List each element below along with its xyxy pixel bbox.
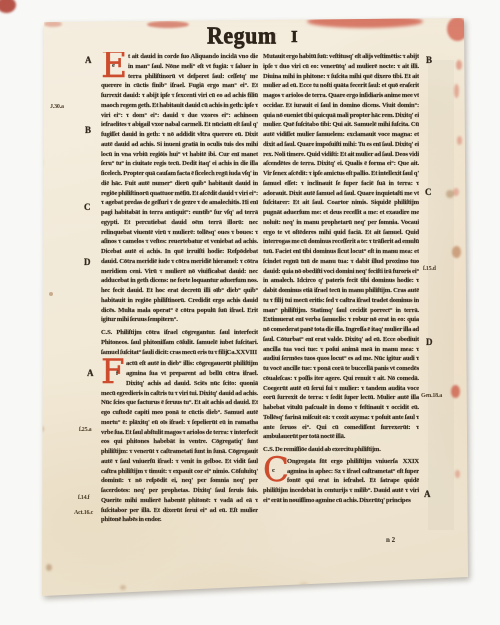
rubricated-initial-F: Ff [101,359,126,388]
margin-citation: ſ.25.a [79,427,91,433]
photo-backdrop: { "document": { "header": { "title": "Re… [0,0,500,625]
foxing-spot [38,426,44,432]
edge-red-stain [44,21,62,27]
rubricated-initial-C: Cc [263,457,287,486]
edge-red-stain [447,17,468,41]
rubricated-initial-E: Ee [101,52,128,81]
margin-letter: C [84,203,91,212]
chapter-27-text: Eet ait dauid in corde ſuo Aliquando inc… [101,52,258,325]
margin-citation: ſ.14.f [78,495,89,501]
edge-red-stain [147,21,189,28]
margin-letter: C [425,188,432,197]
quire-signature: n 2 [386,536,395,544]
chapter-29-text: XXIXCcOngregata ſūt ergo philiſtijm vniu… [263,457,419,506]
chapter-28-continued-text: Mutauit ergo habitū ſuū: veſtitusq' eſt … [263,52,419,442]
guide-letter: e [112,63,115,70]
margin-letter: B [85,126,91,135]
text-column-left: Eet ait dauid in corde ſuo Aliquando inc… [101,52,258,546]
book-number: I [291,29,298,45]
foxing-spot [120,585,126,590]
margin-letter: A [87,369,94,378]
chapter-28-summary: Ca.XXVIII C.S. Philiſtijm cōtra iſrael c… [101,328,258,357]
edge-red-speckle [456,60,462,70]
margin-letter: A [424,490,431,499]
margin-citation: J.30.a [50,104,64,110]
foxing-spot [38,158,43,166]
margin-citation: ſ.15.d [423,266,436,272]
margin-letter: D [84,258,91,267]
margin-letter: B [426,56,432,65]
foxing-spot [46,564,52,571]
foxing-spot [446,190,454,198]
guide-letter: f [116,371,118,378]
ink-offset-ghost: I [271,31,278,47]
edge-red-stain [307,15,423,28]
foxing-spot [452,246,461,258]
margin-letter: D [426,338,433,347]
edge-red-speckle [455,470,460,478]
margin-citation: Act.16.c [74,510,93,516]
foxing-spot [49,292,53,296]
edge-red-stain [451,385,460,398]
chapter-29-number: XXIX [403,457,419,467]
guide-letter: c [272,468,275,475]
chapter-28-text: Ffactū eſt autē in dieb° illis: cōgregau… [101,359,258,525]
margin-letter: A [85,56,92,65]
edge-red-speckle [454,84,459,98]
edge-red-speckle [453,188,459,196]
page-shadow: Regum I I Eet ait dauid in corde ſuo Ali… [0,0,500,625]
book-leaf: Regum I I Eet ait dauid in corde ſuo Ali… [0,0,500,625]
chapter-28-label: Ca.XXVIII [227,348,257,358]
foxing-spot [300,583,308,588]
text-column-right: Mutauit ergo habitū ſuū: veſtitusq' eſt … [263,52,419,546]
verso-bleedthrough [428,60,454,530]
edge-red-speckle [457,136,462,145]
running-title: Regum [207,25,277,47]
summary-prefix: C.S. [101,329,112,336]
margin-citation: Gen.18.a [421,393,442,399]
